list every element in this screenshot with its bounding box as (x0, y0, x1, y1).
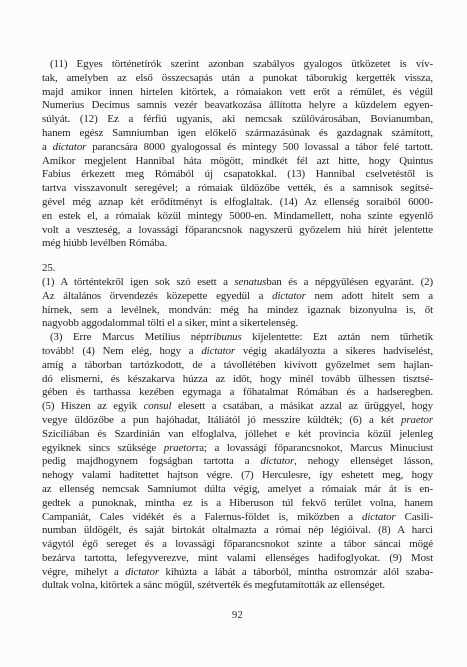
text-segment: dó elismerni, és készakarva húzza az idő… (42, 373, 433, 385)
text-line: amíg a táborban tartózkodott, de a távol… (42, 359, 433, 373)
text-segment: majd amikor innen hirtelen kitörtek, a r… (42, 86, 433, 98)
text-line: tak, amelyben az első összecsapás után a… (42, 72, 433, 86)
text-line: a dictator parancsára 8000 gyalogossal é… (42, 141, 433, 155)
text-segment: (1) A történtekről igen sok szó esett a (42, 276, 234, 288)
book-page: (11) Egyes történetírók szerint azonban … (0, 0, 467, 667)
text-line: vegye üldözőbe a pun hajóhadat, Itáliátó… (42, 414, 433, 428)
latin-term-italic: dictator (125, 566, 159, 578)
text-segment: Campaniát, Cales vidékét és a Falernus-f… (42, 511, 362, 523)
text-line: (5) Hiszen az egyik consul elesett a csa… (42, 400, 433, 414)
text-line: Fabius érkezett meg Rómából új csapatokk… (42, 168, 433, 182)
text-segment: Casili- (396, 511, 433, 523)
latin-term-italic: dictator (272, 290, 306, 302)
paragraph: (1) A történtekről igen sok szó esett a … (42, 276, 433, 331)
text-line: (11) Egyes történetírók szerint azonban … (42, 58, 433, 72)
text-line: (1) A történtekről igen sok szó esett a … (42, 276, 433, 290)
text-line: pedig majdhogynem fogságban tartotta a d… (42, 455, 433, 469)
text-segment: numban üldögélt, és saját birtokát oltal… (42, 524, 433, 536)
text-segment: Az általános örvendezés közepette egyedü… (42, 290, 272, 302)
text-segment: (11) Egyes történetírók szerint azonban … (50, 58, 433, 70)
text-line: tovább! (4) Nem elég, hogy a dictator vé… (42, 345, 433, 359)
text-line: súlyát. (12) Ez a férfiú ugyanis, aki ne… (42, 113, 433, 127)
text-segment: kihúzta a lábát a táborból, mintha ostro… (159, 566, 433, 578)
text-line: még hiúbb levélben Rómába. (42, 237, 433, 251)
text-segment: (5) Hiszen az egyik (42, 400, 144, 412)
text-segment: végig akadályozta a sikeres hadviselést, (235, 345, 433, 357)
text-line: nagyobb aggodalommal tölti el a siker, m… (42, 317, 433, 331)
text-segment: vágytól égő sereget és a lovassági főpar… (42, 538, 433, 550)
text-segment: Amikor megjelent Hannibal háta mögött, m… (42, 155, 433, 167)
text-segment: (3) Erre Marcus Metilius nép (50, 331, 206, 343)
text-segment: amíg a táborban tartózkodott, de a távol… (42, 359, 433, 371)
text-segment: en estek el, a rómaiak közül mintegy 500… (42, 210, 433, 222)
text-segment: Numerius Decimus samnis vezér beavatkozá… (42, 99, 433, 111)
text-line: majd amikor innen hirtelen kitörtek, a r… (42, 86, 433, 100)
text-line: Amikor megjelent Hannibal háta mögött, m… (42, 155, 433, 169)
text-segment: gedtek a punoknak, mintha ez is a Hiberu… (42, 497, 433, 509)
text-segment: parancsára 8000 gyalogossal és mintegy 5… (86, 141, 433, 153)
text-line: hanem egész Samniumban igen előkelő szár… (42, 127, 433, 141)
latin-term-italic: dictator (201, 345, 235, 357)
latin-term-italic: praetor (401, 414, 433, 426)
text-line: Az általános örvendezés közepette egyedü… (42, 290, 433, 304)
text-line: (3) Erre Marcus Metilius néptribunus kij… (42, 331, 433, 345)
text-segment: ban és a népgyűlésen egyaránt. (2) (266, 276, 433, 288)
text-column: (11) Egyes történetírók szerint azonban … (42, 58, 433, 593)
text-segment: elesett a csatában, a másikat azzal az ü… (171, 400, 433, 412)
text-segment: kijelentette: Ezt aztán nem tűrhetik (242, 331, 433, 343)
text-segment: ra; a lovassági főparancsnokot, Marcus M… (196, 442, 433, 454)
text-line: vágytól égő sereget és a lovassági főpar… (42, 538, 433, 552)
paragraph: (11) Egyes történetírók szerint azonban … (42, 58, 433, 251)
text-line: gében és tarthassa kezében egymaga a főh… (42, 386, 433, 400)
latin-term-italic: consul (144, 400, 172, 412)
text-line: tartva visszavonult seregével; a rómaiak… (42, 182, 433, 196)
text-segment: a (42, 141, 53, 153)
text-line: nehogy valami haditettet hajtson végre. … (42, 469, 433, 483)
text-segment: gével még aznap két erődítményt is elfog… (42, 196, 433, 208)
text-line: gedtek a punoknak, mintha ez is a Hiberu… (42, 497, 433, 511)
text-segment: gében és tarthassa kezében egymaga a főh… (42, 386, 433, 398)
text-segment: hanem egész Samniumban igen előkelő szár… (42, 127, 433, 139)
text-line: gével még aznap két erődítményt is elfog… (42, 196, 433, 210)
text-segment: bezárva tartotta, lefegyverezve, mint va… (42, 552, 433, 564)
text-segment: súlyát. (12) Ez a férfiú ugyanis, aki ne… (42, 113, 433, 125)
latin-term-italic: dictator (362, 511, 396, 523)
latin-term-italic: tribunus (206, 331, 242, 343)
text-segment: nagyobb aggodalommal tölti el a siker, m… (42, 317, 298, 329)
text-segment: még hiúbb levélben Rómába. (42, 237, 167, 249)
text-segment: nehogy valami haditettet hajtson végre. … (42, 469, 433, 481)
section-number: 25. (42, 262, 433, 276)
latin-term-italic: praetor (164, 442, 196, 454)
text-line: dultak volna, kitörtek a sánc mögül, szé… (42, 579, 433, 593)
text-segment: Szicíliában és Szardínián van elfoglalva… (42, 428, 433, 440)
text-line: en estek el, a rómaiak közül mintegy 500… (42, 210, 433, 224)
text-line: Campaniát, Cales vidékét és a Falernus-f… (42, 511, 433, 525)
text-segment: tak, amelyben az első összecsapás után a… (42, 72, 433, 84)
text-segment: Fabius érkezett meg Rómából új csapatokk… (42, 168, 433, 180)
text-line: volt a veszteség, a lovassági főparancsn… (42, 224, 433, 238)
text-segment: dultak volna, kitörtek a sánc mögül, szé… (42, 579, 385, 591)
text-segment: tovább! (4) Nem elég, hogy a (42, 345, 201, 357)
text-segment: volt a veszteség, a lovassági főparancsn… (42, 224, 433, 236)
text-segment: nem adott hitelt sem a (306, 290, 433, 302)
text-line: Szicíliában és Szardínián van elfoglalva… (42, 428, 433, 442)
text-segment: vegye üldözőbe a pun hajóhadat, Itáliátó… (42, 414, 401, 426)
text-segment: az ellenség nemcsak Samniumot dúlta végi… (42, 483, 433, 495)
text-segment: , nehogy ellenséget lásson, (294, 455, 433, 467)
text-segment: hírnek, sem a levélnek, mondván: még ha … (42, 304, 433, 316)
latin-term-italic: dictator (53, 141, 87, 153)
text-line: bezárva tartotta, lefegyverezve, mint va… (42, 552, 433, 566)
text-line: Numerius Decimus samnis vezér beavatkozá… (42, 99, 433, 113)
text-line: végre, mihelyt a dictator kihúzta a lábá… (42, 566, 433, 580)
text-line: egyiknek sincs szüksége praetorra; a lov… (42, 442, 433, 456)
text-line: dó elismerni, és készakarva húzza az idő… (42, 373, 433, 387)
text-line: hírnek, sem a levélnek, mondván: még ha … (42, 304, 433, 318)
paragraph: (3) Erre Marcus Metilius néptribunus kij… (42, 331, 433, 593)
text-segment: egyiknek sincs szüksége (42, 442, 164, 454)
text-segment: végre, mihelyt a (42, 566, 125, 578)
text-segment: pedig majdhogynem fogságban tartotta a (42, 455, 260, 467)
page-number: 92 (42, 610, 433, 621)
text-line: az ellenség nemcsak Samniumot dúlta végi… (42, 483, 433, 497)
latin-term-italic: dictator (260, 455, 294, 467)
text-segment: tartva visszavonult seregével; a rómaiak… (42, 182, 433, 194)
latin-term-italic: senatus (234, 276, 266, 288)
text-line: numban üldögélt, és saját birtokát oltal… (42, 524, 433, 538)
